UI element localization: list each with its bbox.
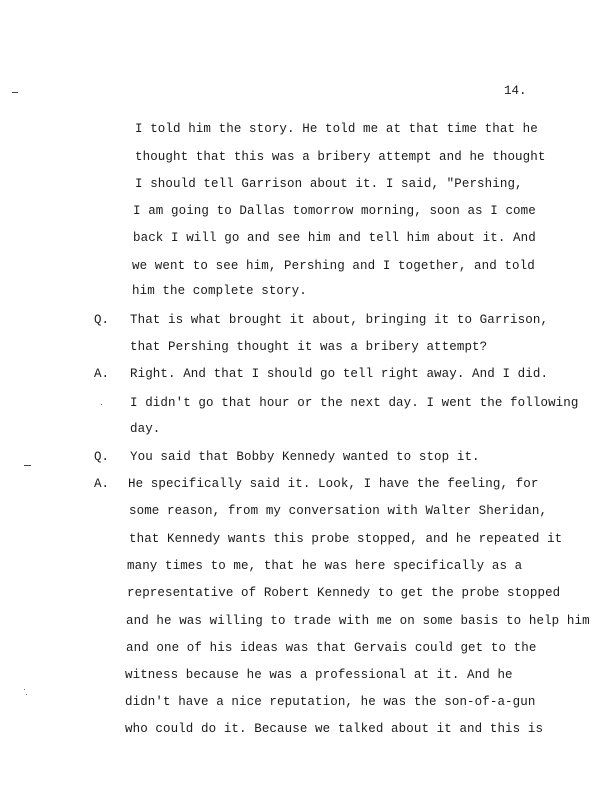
margin-speck <box>101 404 102 405</box>
line-text: some reason, from my conversation with W… <box>129 504 547 518</box>
answer-label: A. <box>94 367 109 381</box>
question-label: Q. <box>94 450 109 464</box>
line-text: and he was willing to trade with me on s… <box>126 614 590 628</box>
line-text: I am going to Dallas tomorrow morning, s… <box>133 204 536 218</box>
line-text: I didn't go that hour or the next day. I… <box>130 396 578 410</box>
line-text: him the complete story. <box>132 284 307 298</box>
margin-mark <box>12 92 18 93</box>
line-text: That is what brought it about, bringing … <box>130 313 548 327</box>
line-text: that Pershing thought it was a bribery a… <box>130 340 487 354</box>
line-text: I should tell Garrison about it. I said,… <box>135 177 523 191</box>
line-text: many times to me, that he was here speci… <box>127 559 522 573</box>
question-label: Q. <box>94 313 109 327</box>
margin-speck <box>24 689 25 690</box>
line-text: and one of his ideas was that Gervais co… <box>126 641 536 655</box>
line-text: thought that this was a bribery attempt … <box>135 150 545 164</box>
line-text: back I will go and see him and tell him … <box>133 231 536 245</box>
line-text: You said that Bobby Kennedy wanted to st… <box>130 450 480 464</box>
margin-speck <box>26 694 27 695</box>
line-text: representative of Robert Kennedy to get … <box>127 586 560 600</box>
margin-mark <box>24 465 31 466</box>
line-text: that Kennedy wants this probe stopped, a… <box>129 532 562 546</box>
line-text: He specifically said it. Look, I have th… <box>128 477 538 491</box>
line-text: we went to see him, Pershing and I toget… <box>132 259 535 273</box>
line-text: witness because he was a professional at… <box>125 668 513 682</box>
answer-label: A. <box>94 477 109 491</box>
line-text: didn't have a nice reputation, he was th… <box>125 695 535 709</box>
line-text: day. <box>130 422 160 436</box>
line-text: I told him the story. He told me at that… <box>135 122 538 136</box>
line-text: who could do it. Because we talked about… <box>125 722 543 736</box>
line-text: Right. And that I should go tell right a… <box>130 367 548 381</box>
page-number: 14. <box>504 84 527 98</box>
